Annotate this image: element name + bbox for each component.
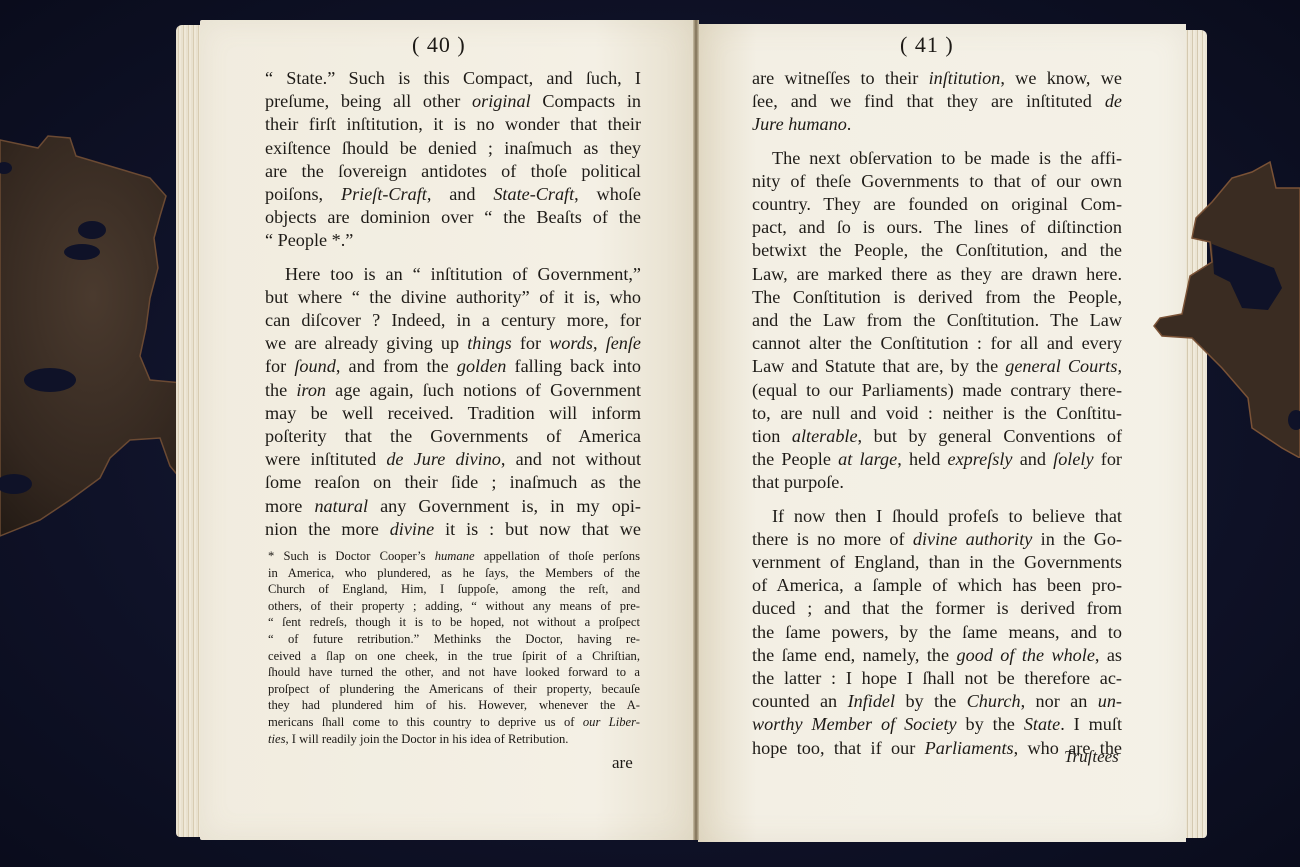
paragraph-gap [265, 253, 641, 263]
footnote-line: in America, who plundered, as he ſays, t… [268, 565, 640, 582]
text-line: tion alterable, but by general Conventio… [752, 425, 1122, 448]
text-line: may be well received. Tradition will inf… [265, 402, 641, 425]
text-line: and the Law from the Conſtitution. The L… [752, 309, 1122, 332]
text-line: counted an Infidel by the Church, nor an… [752, 690, 1122, 713]
footnote-line: others, of their property ; adding, “ wi… [268, 598, 640, 615]
text-line: their firſt inſtitution, it is no wonder… [265, 113, 641, 136]
text-line: the ſame end, namely, the good of the wh… [752, 644, 1122, 667]
page-number-right: ( 41 ) [900, 32, 954, 58]
book-gutter [693, 20, 699, 840]
text-line: The next obſervation to be made is the a… [752, 147, 1122, 170]
text-line: worthy Member of Society by the State. I… [752, 713, 1122, 736]
page-number-left: ( 40 ) [412, 32, 466, 58]
text-line: Here too is an “ inſtitution of Governme… [265, 263, 641, 286]
text-line: for ſound, and from the golden falling b… [265, 355, 641, 378]
right-page-body: are witneſſes to their inſtitution, we k… [752, 67, 1122, 760]
text-line: poiſons, Prieſt-Craft, and State-Craft, … [265, 183, 641, 206]
text-line: we are already giving up things for word… [265, 332, 641, 355]
text-line: are witneſſes to their inſtitution, we k… [752, 67, 1122, 90]
text-line: can diſcover ? Indeed, in a century more… [265, 309, 641, 332]
text-line: Law, are marked there as they are drawn … [752, 263, 1122, 286]
text-line: ſee, and we find that they are inſtitute… [752, 90, 1122, 113]
text-line: betwixt the People, the Conſtitution, an… [752, 239, 1122, 262]
left-page-footnote: * Such is Doctor Cooper’s humane appella… [268, 548, 640, 747]
text-line: pact, and ſo is ours. The lines of diſti… [752, 216, 1122, 239]
footnote-line: ceived a ſlap on one cheek, in the true … [268, 648, 640, 665]
text-line: objects are dominion over “ the Beaſts o… [265, 206, 641, 229]
paragraph-gap [752, 137, 1122, 147]
text-line: the People at large, held expreſsly and … [752, 448, 1122, 471]
footnote-line: ſhould have turned the other, and not ha… [268, 664, 640, 681]
left-catchword: are [612, 753, 633, 773]
text-line: the latter : I hope I ſhall not be there… [752, 667, 1122, 690]
text-line: poſterity that the Governments of Americ… [265, 425, 641, 448]
text-line: exiſtence ſhould be denied ; inaſmuch as… [265, 137, 641, 160]
footnote-line: “ of future retribution.” Methinks the D… [268, 631, 640, 648]
text-line: the iron age again, ſuch notions of Gove… [265, 379, 641, 402]
text-line: the ſame powers, by the ſame means, and … [752, 621, 1122, 644]
text-line: vernment of England, than in the Governm… [752, 551, 1122, 574]
text-line: ſome reaſon on their ſide ; inaſmuch as … [265, 471, 641, 494]
text-line: Jure humano. [752, 113, 1122, 136]
text-line: nity of theſe Governments to that of our… [752, 170, 1122, 193]
text-line: were inſtituted de Jure divino, and not … [265, 448, 641, 471]
text-line: more natural any Government is, in my op… [265, 495, 641, 518]
left-page-body: “ State.” Such is this Compact, and ſuch… [265, 67, 641, 541]
text-line: nion the more divine it is : but now tha… [265, 518, 641, 541]
text-line: but where “ the divine authority” of it … [265, 286, 641, 309]
text-line: (equal to our Parliaments) made contrary… [752, 379, 1122, 402]
text-line: of America, a ſample of which has been p… [752, 574, 1122, 597]
paragraph-gap [752, 495, 1122, 505]
text-line: “ People *.” [265, 229, 641, 252]
text-line: Law and Statute that are, by the general… [752, 355, 1122, 378]
footnote-line: they had plundered him of his. However, … [268, 697, 640, 714]
text-line: If now then I ſhould profeſs to believe … [752, 505, 1122, 528]
text-line: The Conſtitution is derived from the Peo… [752, 286, 1122, 309]
text-line: cannot alter the Conſtitution : for all … [752, 332, 1122, 355]
text-line: duced ; and that the former is derived f… [752, 597, 1122, 620]
footnote-line: proſpect of plundering the Americans of … [268, 681, 640, 698]
footnote-line: * Such is Doctor Cooper’s humane appella… [268, 548, 640, 565]
text-line: to, are null and void : neither is the C… [752, 402, 1122, 425]
right-catchword: Truſtees [1064, 747, 1119, 767]
right-bronze-clasp [1152, 158, 1300, 458]
text-line: that purpoſe. [752, 471, 1122, 494]
footnote-line: “ ſent redreſs, though it is to be hoped… [268, 614, 640, 631]
text-line: there is no more of divine authority in … [752, 528, 1122, 551]
text-line: country. They are founded on original Co… [752, 193, 1122, 216]
footnote-line: mericans ſhall come to this country to d… [268, 714, 640, 731]
footnote-line: ties, I will readily join the Doctor in … [268, 731, 640, 748]
text-line: are the ſovereign antidotes of thoſe pol… [265, 160, 641, 183]
text-line: preſume, being all other original Compac… [265, 90, 641, 113]
text-line: “ State.” Such is this Compact, and ſuch… [265, 67, 641, 90]
footnote-line: Church of England, Him, I ſuppoſe, among… [268, 581, 640, 598]
